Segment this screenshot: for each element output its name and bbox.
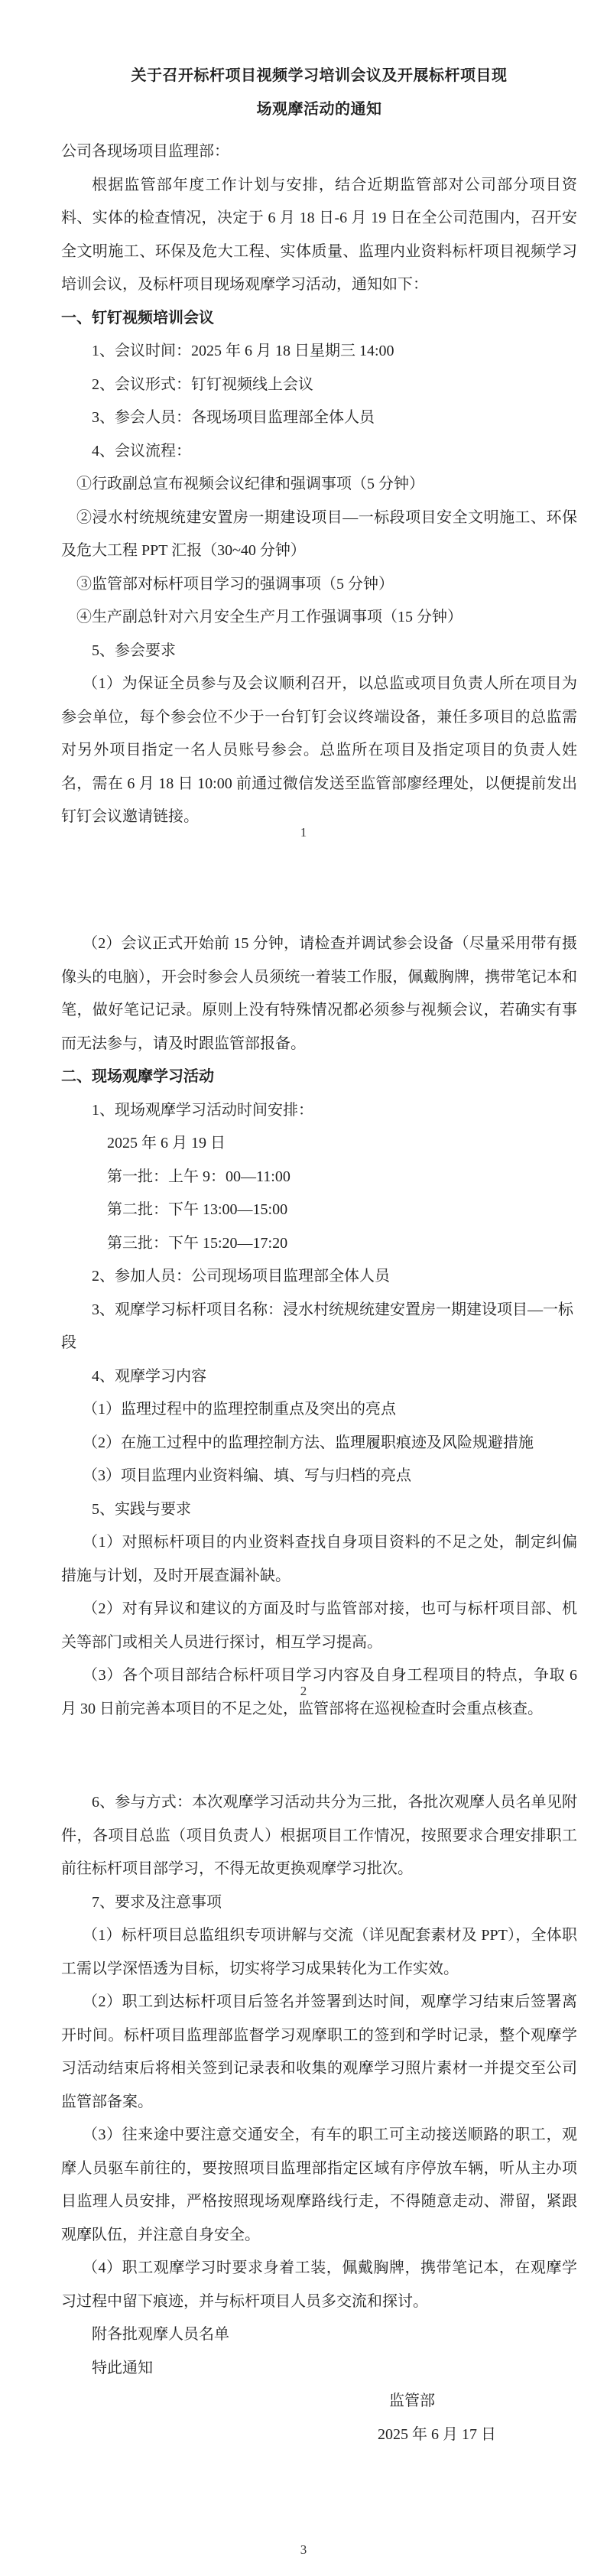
practice-requirements-item: 5、实践与要求	[61, 1493, 577, 1527]
batch-3-time: 第三批：下午 15:20—17:20	[61, 1227, 577, 1261]
benchmark-project-name-item: 3、观摩学习标杆项目名称：浸水村统规统建安置房一期建设项目—一标段	[61, 1294, 577, 1360]
batch-1-time: 第一批：上午 9：00—11:00	[61, 1161, 577, 1194]
participation-method-item: 6、参与方式：本次观摩学习活动共分为三批，各批次观摩人员名单见附件，各项目总监（…	[61, 1786, 577, 1886]
page-3: 6、参与方式：本次观摩学习活动共分为三批，各批次观摩人员名单见附件，各项目总监（…	[0, 1717, 607, 2576]
schedule-date: 2025 年 6 月 19 日	[61, 1127, 577, 1161]
study-content-3: （3）项目监理内业资料编、填、写与归档的亮点	[61, 1460, 577, 1493]
agenda-step-1: ①行政副总宣布视频会议纪律和强调事项（5 分钟）	[61, 468, 577, 502]
attendance-requirements-item: 5、参会要求	[61, 635, 577, 668]
meeting-agenda-item: 4、会议流程：	[61, 435, 577, 469]
notice-document: 关于召开标杆项目视频学习培训会议及开展标杆项目现 场观摩活动的通知 公司各现场项…	[0, 0, 607, 2576]
agenda-step-2: ②浸水村统规统建安置房一期建设项目—一标段项目安全文明施工、环保及危大工程 PP…	[61, 502, 577, 568]
agenda-step-3: ③监管部对标杆项目学习的强调事项（5 分钟）	[61, 568, 577, 602]
signature-date: 2025 年 6 月 17 日	[61, 2418, 577, 2452]
section-1-heading: 一、钉钉视频培训会议	[61, 302, 577, 336]
meeting-attendees-item: 3、参会人员：各现场项目监理部全体人员	[61, 401, 577, 435]
page-number: 2	[0, 1684, 607, 1699]
closing-line: 特此通知	[61, 2352, 577, 2386]
meeting-time-item: 1、会议时间：2025 年 6 月 18 日星期三 14:00	[61, 335, 577, 369]
practice-paragraph-2: （2）对有异议和建议的方面及时与监管部对接，也可与标杆项目部、机关等部门或相关人…	[61, 1593, 577, 1659]
batch-2-time: 第二批：下午 13:00—15:00	[61, 1194, 577, 1227]
requirement-paragraph-2: （2）会议正式开始前 15 分钟，请检查并调试参会设备（尽量采用带有摄像头的电脑…	[61, 927, 577, 1061]
salutation: 公司各现场项目监理部：	[61, 135, 577, 169]
page-2: （2）会议正式开始前 15 分钟，请检查并调试参会设备（尽量采用带有摄像头的电脑…	[0, 859, 607, 1717]
schedule-item: 1、现场观摩学习活动时间安排：	[61, 1094, 577, 1128]
attachment-line: 附各批观摩人员名单	[61, 2318, 577, 2352]
note-paragraph-3: （3）往来途中要注意交通安全，有车的职工可主动接送顺路的职工，观摩人员驱车前往的…	[61, 2119, 577, 2252]
participants-item: 2、参加人员：公司现场项目监理部全体人员	[61, 1260, 577, 1294]
doc-title-line-1: 关于召开标杆项目视频学习培训会议及开展标杆项目现	[61, 60, 577, 93]
requirement-paragraph-1: （1）为保证全员参与及会议顺利召开，以总监或项目负责人所在项目为参会单位，每个参…	[61, 668, 577, 834]
note-paragraph-1: （1）标杆项目总监组织专项讲解与交流（详见配套素材及 PPT），全体职工需以学深…	[61, 1919, 577, 1986]
practice-paragraph-1: （1）对照标杆项目的内业资料查找自身项目资料的不足之处，制定纠偏措施与计划，及时…	[61, 1526, 577, 1593]
note-paragraph-4: （4）职工观摩学习时要求身着工装，佩戴胸牌，携带笔记本，在观摩学习过程中留下痕迹…	[61, 2252, 577, 2318]
study-content-2: （2）在施工过程中的监理控制方法、监理履职痕迹及风险规避措施	[61, 1427, 577, 1460]
page-number: 1	[0, 825, 607, 840]
section-2-heading: 二、现场观摩学习活动	[61, 1061, 577, 1094]
doc-title: 关于召开标杆项目视频学习培训会议及开展标杆项目现 场观摩活动的通知	[61, 60, 577, 126]
doc-title-line-2: 场观摩活动的通知	[61, 93, 577, 127]
page-number: 3	[0, 2542, 607, 2558]
intro-paragraph: 根据监管部年度工作计划与安排，结合近期监管部对公司部分项目资料、实体的检查情况，…	[61, 169, 577, 302]
meeting-format-item: 2、会议形式：钉钉视频线上会议	[61, 369, 577, 402]
study-content-item: 4、观摩学习内容	[61, 1360, 577, 1394]
page-1: 关于召开标杆项目视频学习培训会议及开展标杆项目现 场观摩活动的通知 公司各现场项…	[0, 0, 607, 859]
agenda-step-4: ④生产副总针对六月安全生产月工作强调事项（15 分钟）	[61, 601, 577, 635]
note-paragraph-2: （2）职工到达标杆项目后签名并签署到达时间，观摩学习结束后签署离开时间。标杆项目…	[61, 1986, 577, 2119]
notes-heading-item: 7、要求及注意事项	[61, 1886, 577, 1920]
study-content-1: （1）监理过程中的监理控制重点及突出的亮点	[61, 1393, 577, 1427]
signature-department: 监管部	[61, 2385, 577, 2418]
